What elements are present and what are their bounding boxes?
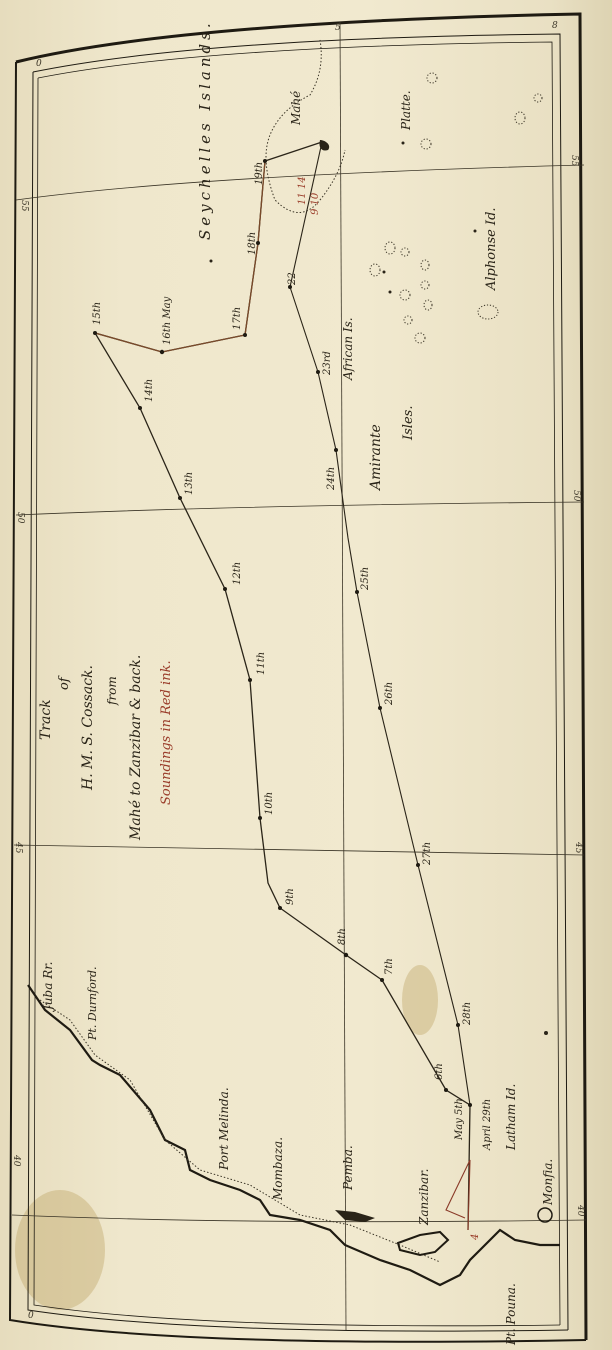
- tick-right-45: 45: [573, 841, 583, 854]
- label-platte: Platte.: [399, 90, 413, 131]
- label-mombasa: Mombaza.: [271, 1137, 285, 1201]
- title-from: from: [105, 676, 119, 706]
- title-route: Mahé to Zanzibar & back.: [128, 655, 144, 841]
- label-amirante-isles: Isles.: [401, 406, 416, 441]
- date-22: 22: [287, 272, 298, 286]
- tick-left-45: 45: [13, 841, 23, 854]
- label-amirante: Amirante: [368, 424, 384, 492]
- date-6: 6th: [434, 1063, 445, 1080]
- label-port-durnford: Pt. Durnford.: [86, 966, 99, 1041]
- label-monfia: Monfia.: [541, 1159, 555, 1206]
- tick-right-50: 50: [571, 490, 581, 502]
- date-11: 11th: [256, 652, 267, 675]
- label-juba: Juba Rr.: [41, 962, 55, 1013]
- tick-right-55: 55: [569, 155, 579, 167]
- track-outbound: [95, 142, 470, 1230]
- graticule: [12, 22, 586, 1330]
- sounding-9-10: 9 10: [310, 192, 321, 215]
- track-dots: [93, 159, 472, 1107]
- sounding-11-14: 11 14: [297, 176, 308, 205]
- date-19: 19th: [254, 162, 265, 185]
- date-28: 28th: [462, 1002, 473, 1026]
- map-border: [10, 14, 586, 1342]
- tick-top-mid: 5: [335, 23, 341, 33]
- tick-top-right: 8: [552, 21, 558, 31]
- chart-svg: 0 8 5 55 50 45 40 55 50 45 40 0 Track of…: [0, 0, 612, 1350]
- zanzibar-island: [398, 1232, 448, 1255]
- date-24: 24th: [326, 467, 337, 491]
- date-15: 15th: [92, 302, 103, 325]
- date-18: 18th: [247, 232, 258, 255]
- date-april-29: April 29th: [482, 1099, 493, 1151]
- date-14: 14th: [144, 379, 155, 402]
- tick-left-55: 55: [19, 200, 29, 212]
- label-pt-pouna: Pt. Pouna.: [504, 1283, 518, 1346]
- title-ship: H. M. S. Cossack.: [80, 665, 96, 791]
- tick-left-50: 50: [15, 512, 25, 524]
- tick-top-left: 0: [36, 59, 42, 69]
- label-mahe: Mahé: [289, 91, 303, 126]
- date-17: 17th: [232, 307, 243, 330]
- tick-bottom-left: 0: [28, 1311, 34, 1321]
- date-25: 25th: [360, 567, 371, 591]
- date-23: 23rd: [322, 351, 333, 376]
- date-10: 10th: [264, 792, 275, 815]
- label-port-melinda: Port Melinda.: [217, 1087, 231, 1171]
- label-latham: Latham Id.: [504, 1084, 518, 1151]
- title-soundings-note: Soundings in Red ink.: [159, 660, 174, 805]
- track-return: [290, 142, 470, 1105]
- label-pemba: Pemba.: [341, 1145, 355, 1191]
- title-of: of: [57, 675, 72, 690]
- date-9: 9th: [285, 888, 296, 905]
- island-clusters: [370, 73, 542, 343]
- sounding-4: 4: [470, 1234, 481, 1241]
- date-13: 13th: [184, 472, 195, 495]
- soundings-red-zanzibar: [446, 1160, 470, 1230]
- title-block: Track of H. M. S. Cossack. from Mahé to …: [38, 655, 174, 841]
- monfia-island: [538, 1208, 552, 1222]
- date-26: 26th: [384, 682, 395, 706]
- label-alphonse: Alphonse Id.: [484, 207, 499, 291]
- date-8: 8th: [337, 928, 348, 945]
- date-27: 27th: [422, 842, 433, 866]
- tick-left-40: 40: [11, 1154, 21, 1167]
- label-zanzibar: Zanzibar.: [417, 1169, 431, 1226]
- label-african-isles: African Is.: [341, 317, 355, 381]
- tick-right-40: 40: [575, 1204, 585, 1217]
- date-7: 7th: [384, 958, 395, 975]
- date-may-5: May 5th: [454, 1098, 465, 1141]
- label-seychelles: Seychelles Islands.: [196, 19, 214, 240]
- return-date-labels: 22 23rd 24th 25th 26th 27th 28th April 2…: [287, 272, 493, 1241]
- pemba-island: [335, 1210, 375, 1222]
- title-track: Track: [38, 699, 54, 740]
- date-12: 12th: [232, 562, 243, 585]
- date-16-may: 16th May: [162, 296, 173, 345]
